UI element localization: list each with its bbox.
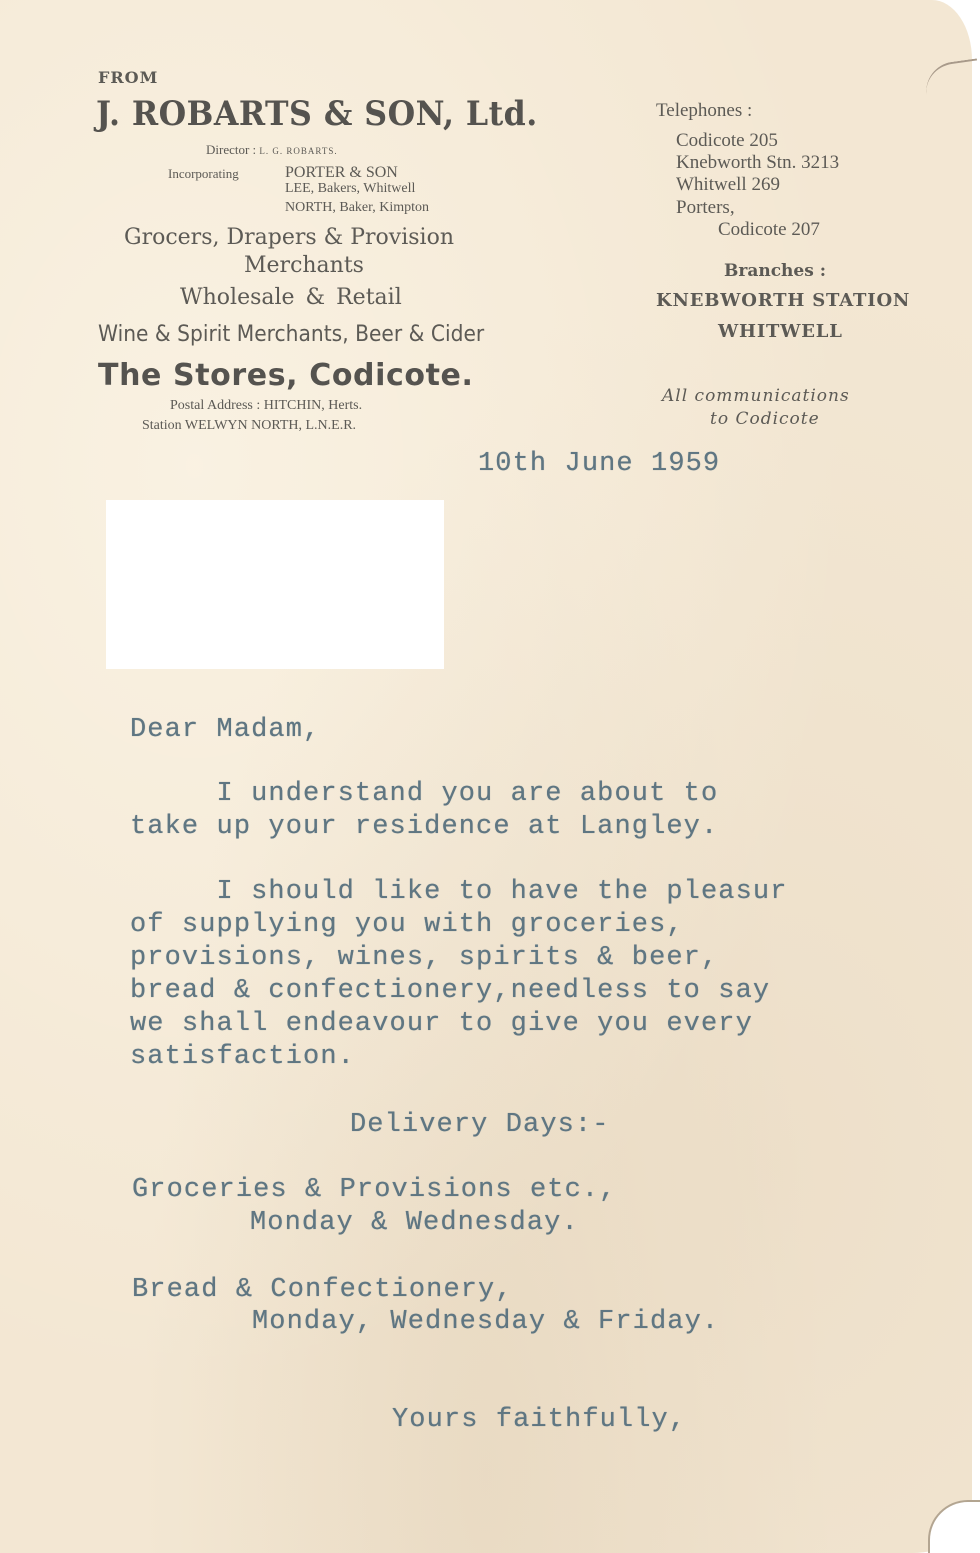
delivery-days: Monday & Wednesday. <box>250 1207 579 1240</box>
delivery-category: Bread & Confectionery, <box>132 1274 513 1307</box>
store-name: The Stores, Codicote. <box>98 358 473 393</box>
delivery-category: Groceries & Provisions etc., <box>132 1174 616 1207</box>
incorporated-firm: NORTH, Baker, Kimpton <box>285 200 429 216</box>
communications-note: All communications <box>662 386 850 406</box>
telephone-number: Codicote 205 <box>676 130 778 152</box>
telephone-number: Whitwell 269 <box>676 174 780 196</box>
incorporating-label: Incorporating <box>168 166 239 182</box>
incorporated-firm: LEE, Bakers, Whitwell <box>285 181 415 197</box>
telephone-number: Codicote 207 <box>718 219 820 241</box>
paragraph: I understand you are about to take up yo… <box>130 778 718 844</box>
letter-date: 10th June 1959 <box>478 448 720 481</box>
communications-note: to Codicote <box>710 409 820 429</box>
director-line: Director : L. G. ROBARTS. <box>206 142 338 158</box>
branch-name: KNEBWORTH STATION <box>656 290 910 311</box>
postal-address: Postal Address : HITCHIN, Herts. <box>170 398 362 414</box>
telephones-label: Telephones : <box>656 100 752 122</box>
trade-line: Wine & Spirit Merchants, Beer & Cider <box>98 322 484 347</box>
trade-line: Merchants <box>244 253 364 278</box>
company-name: J. ROBARTS & SON, Ltd. <box>96 94 538 134</box>
salutation: Dear Madam, <box>130 714 320 747</box>
trade-line: Wholesale & Retail <box>180 285 402 310</box>
delivery-heading: Delivery Days:- <box>350 1109 610 1142</box>
paragraph: I should like to have the pleasur of sup… <box>130 876 788 1074</box>
from-label: FROM <box>98 68 158 87</box>
director-name: L. G. ROBARTS. <box>259 146 337 156</box>
station-address: Station WELWYN NORTH, L.N.E.R. <box>142 418 356 434</box>
trade-line: Grocers, Drapers & Provision <box>124 225 454 250</box>
closing: Yours faithfully, <box>392 1404 686 1437</box>
director-label: Director : <box>206 142 256 157</box>
branch-name: WHITWELL <box>718 321 843 342</box>
redacted-address-block <box>106 500 444 669</box>
delivery-days: Monday, Wednesday & Friday. <box>252 1306 719 1339</box>
incorporated-firm: PORTER & SON <box>285 164 398 182</box>
branches-label: Branches : <box>724 261 826 281</box>
telephone-number: Porters, <box>676 197 735 219</box>
telephone-number: Knebworth Stn. 3213 <box>676 152 839 174</box>
